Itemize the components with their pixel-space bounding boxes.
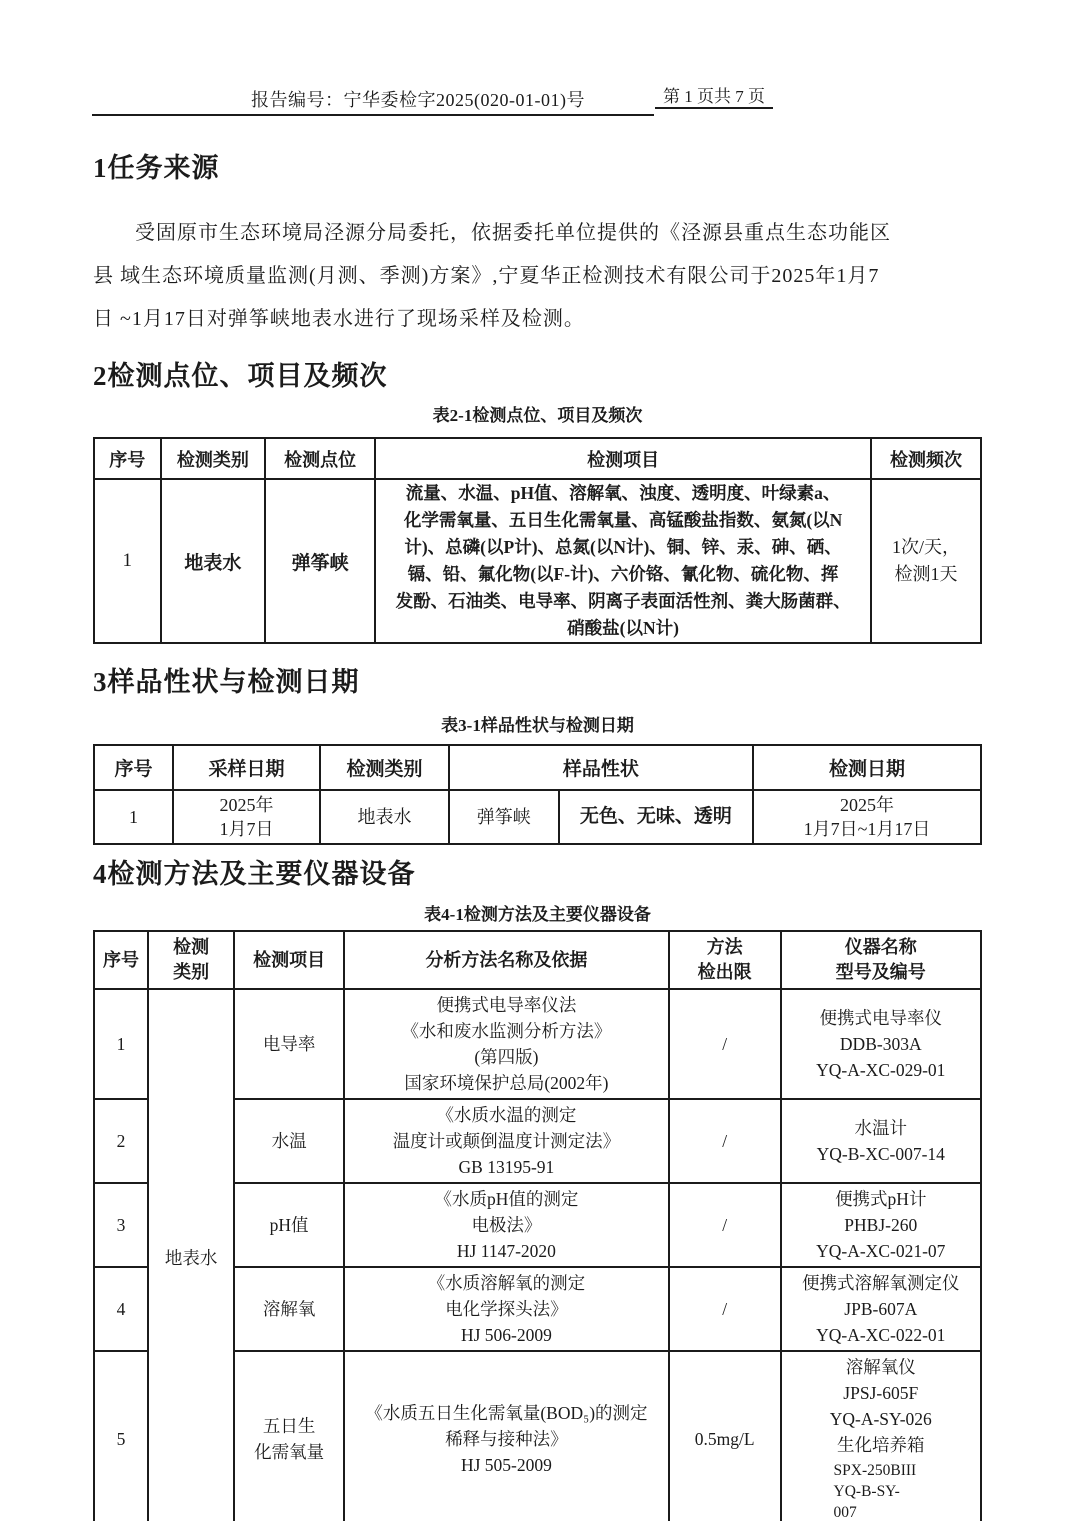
instrument-cell: 便携式电导率仪 DDB-303A YQ-A-XC-029-01 <box>781 989 981 1099</box>
method-cell: 《水质pH值的测定 电极法》 HJ 1147-2020 <box>344 1183 669 1267</box>
serial-cell: 1 <box>94 790 173 844</box>
method-cell: 《水质五日生化需氧量(BOD₅)的测定 稀释与接种法》 HJ 505-2009 <box>344 1351 669 1521</box>
table-2-1-caption: 表2-1检测点位、项目及频次 <box>93 404 982 428</box>
col-header-sampling-date: 采样日期 <box>173 745 320 790</box>
col-header-category: 检测 类别 <box>148 931 234 989</box>
table-row: 1 地表水 弹筝峡 流量、水温、pH值、溶解氧、浊度、透明度、叶绿素a、 化学需… <box>94 479 981 643</box>
col-header-site: 检测点位 <box>265 438 375 479</box>
table-3-1-header-row: 序号 采样日期 检测类别 样品性状 检测日期 <box>94 745 981 790</box>
limit-cell: 0.5mg/L <box>669 1351 781 1521</box>
table-4-1-caption: 表4-1检测方法及主要仪器设备 <box>93 903 982 927</box>
col-header-serial: 序号 <box>94 438 161 479</box>
limit-cell: / <box>669 1183 781 1267</box>
col-header-serial: 序号 <box>94 745 173 790</box>
item-cell: pH值 <box>234 1183 344 1267</box>
item-cell: 电导率 <box>234 989 344 1099</box>
col-header-items: 检测项目 <box>375 438 871 479</box>
instrument-cell: 溶解氧仪 JPSJ-605F YQ-A-SY-026 生化培养箱 SPX-250… <box>781 1351 981 1521</box>
site-cell: 弹筝峡 <box>265 479 375 643</box>
method-cell: 《水质水温的测定 温度计或颠倒温度计测定法》 GB 13195-91 <box>344 1099 669 1183</box>
category-cell: 地表水 <box>148 989 234 1521</box>
section-1-title: 1任务来源 <box>93 150 982 186</box>
table-3-1-sample-properties-dates: 序号 采样日期 检测类别 样品性状 检测日期 1 2025年 1月7日 地表水 … <box>93 744 982 845</box>
instrument-cell: 便携式pH计 PHBJ-260 YQ-A-XC-021-07 <box>781 1183 981 1267</box>
col-header-frequency: 检测频次 <box>871 438 981 479</box>
table-4-1-methods-instruments: 序号 检测 类别 检测项目 分析方法名称及依据 方法 检出限 仪器名称 型号及编… <box>93 930 982 1521</box>
instrument-main-text: 溶解氧仪 JPSJ-605F YQ-A-SY-026 生化培养箱 <box>830 1357 932 1455</box>
method-cell: 便携式电导率仪法 《水和废水监测分析方法》 (第四版) 国家环境保护总局(200… <box>344 989 669 1099</box>
col-header-method: 分析方法名称及依据 <box>344 931 669 989</box>
table-2-1-points-items-frequency: 序号 检测类别 检测点位 检测项目 检测频次 1 地表水 弹筝峡 流量、水温、p… <box>93 437 982 644</box>
appearance-cell: 无色、无味、透明 <box>559 790 753 844</box>
limit-cell: / <box>669 1267 781 1351</box>
sampling-date-cell: 2025年 1月7日 <box>173 790 320 844</box>
item-cell: 五日生 化需氧量 <box>234 1351 344 1521</box>
col-header-item: 检测项目 <box>234 931 344 989</box>
item-cell: 水温 <box>234 1099 344 1183</box>
col-header-instrument: 仪器名称 型号及编号 <box>781 931 981 989</box>
items-cell: 流量、水温、pH值、溶解氧、浊度、透明度、叶绿素a、 化学需氧量、五日生化需氧量… <box>375 479 871 643</box>
document-body: 1任务来源 受固原市生态环境局泾源分局委托，依据委托单位提供的《泾源县重点生态功… <box>93 0 982 1521</box>
site-cell: 弹筝峡 <box>449 790 559 844</box>
table-2-1-header-row: 序号 检测类别 检测点位 检测项目 检测频次 <box>94 438 981 479</box>
col-header-test-date: 检测日期 <box>753 745 981 790</box>
instrument-extra-text: SPX-250BIII YQ-B-SY- 007 <box>786 1460 976 1521</box>
table-row: 1 2025年 1月7日 地表水 弹筝峡 无色、无味、透明 2025年 1月7日… <box>94 790 981 844</box>
col-header-appearance: 样品性状 <box>449 745 753 790</box>
method-cell: 《水质溶解氧的测定 电化学探头法》 HJ 506-2009 <box>344 1267 669 1351</box>
serial-cell: 3 <box>94 1183 148 1267</box>
limit-cell: / <box>669 989 781 1099</box>
serial-cell: 1 <box>94 989 148 1099</box>
test-date-cell: 2025年 1月7日~1月17日 <box>753 790 981 844</box>
category-cell: 地表水 <box>320 790 449 844</box>
instrument-cell: 便携式溶解氧测定仪 JPB-607A YQ-A-XC-022-01 <box>781 1267 981 1351</box>
col-header-category: 检测类别 <box>320 745 449 790</box>
limit-cell: / <box>669 1099 781 1183</box>
table-3-1-caption: 表3-1样品性状与检测日期 <box>93 714 982 738</box>
instrument-cell: 水温计 YQ-B-XC-007-14 <box>781 1099 981 1183</box>
item-cell: 溶解氧 <box>234 1267 344 1351</box>
serial-cell: 2 <box>94 1099 148 1183</box>
category-cell: 地表水 <box>161 479 266 643</box>
col-header-category: 检测类别 <box>161 438 266 479</box>
task-source-paragraph: 受固原市生态环境局泾源分局委托，依据委托单位提供的《泾源县重点生态功能区 县 域… <box>93 212 982 341</box>
table-4-1-header-row: 序号 检测 类别 检测项目 分析方法名称及依据 方法 检出限 仪器名称 型号及编… <box>94 931 981 989</box>
table-row: 1 地表水 电导率 便携式电导率仪法 《水和废水监测分析方法》 (第四版) 国家… <box>94 989 981 1099</box>
serial-cell: 1 <box>94 479 161 643</box>
section-2-title: 2检测点位、项目及频次 <box>93 358 982 394</box>
section-3-title: 3样品性状与检测日期 <box>93 664 982 700</box>
serial-cell: 4 <box>94 1267 148 1351</box>
frequency-cell: 1次/天， 检测1天 <box>871 479 981 643</box>
report-page: 报告编号：宁华委检字2025(020-01-01)号 第 1 页共 7 页 1任… <box>0 0 1075 1521</box>
section-4-title: 4检测方法及主要仪器设备 <box>93 856 982 892</box>
col-header-serial: 序号 <box>94 931 148 989</box>
col-header-limit: 方法 检出限 <box>669 931 781 989</box>
serial-cell: 5 <box>94 1351 148 1521</box>
